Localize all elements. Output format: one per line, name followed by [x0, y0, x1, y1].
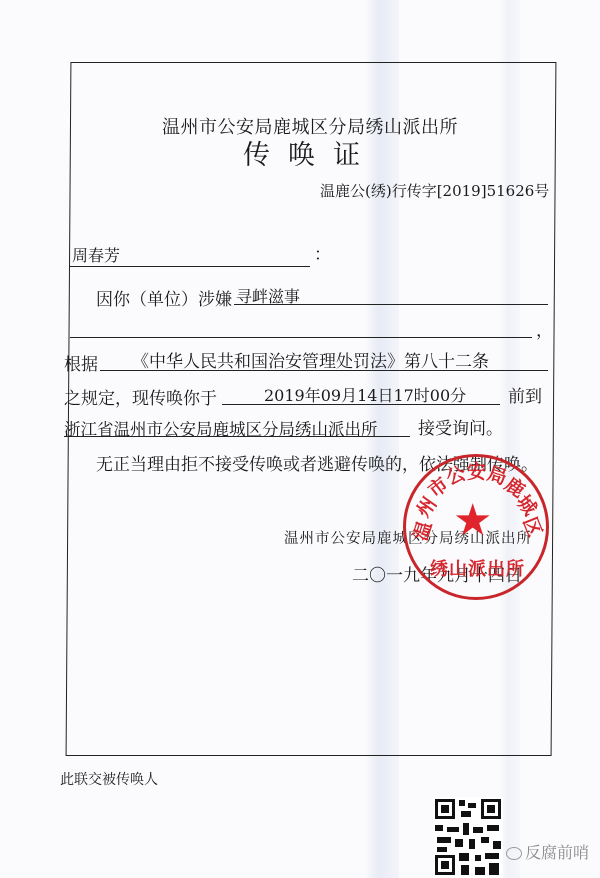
document-number: 温鹿公(绣)行传字[2019]51626号 — [320, 180, 549, 201]
basis-value: 《中华人民共和国治安管理处罚法》第八十二条 — [132, 347, 489, 372]
summon-prefix: 之规定，现传唤你于 — [64, 384, 217, 409]
location-underline — [64, 436, 410, 437]
basis-prefix: 根据 — [64, 350, 98, 375]
basis-underline — [100, 370, 548, 371]
watermark: 反腐前哨 — [506, 840, 589, 863]
location-suffix: 接受询问。 — [418, 414, 503, 439]
reason-underline — [234, 304, 548, 305]
summon-datetime: 2019年09月14日17时00分 — [264, 383, 466, 406]
qr-code — [433, 797, 503, 878]
star-icon: ★ — [453, 499, 492, 543]
reason-line-comma: ， — [536, 316, 553, 341]
recipient-underline — [70, 266, 310, 267]
footer-note: 此联交被传唤人 — [60, 769, 158, 789]
recipient-colon: ： — [314, 240, 331, 265]
recipient-name: 周春芳 — [72, 243, 120, 266]
reason-underline-2 — [70, 337, 532, 338]
reason-prefix: 因你（单位）涉嫌 — [96, 285, 232, 310]
summon-suffix: 前到 — [508, 382, 542, 407]
wechat-icon — [506, 847, 522, 860]
seal-bottom-text: 绣山派出所 — [430, 555, 525, 581]
watermark-label: 反腐前哨 — [525, 843, 589, 862]
summon-underline — [222, 404, 500, 405]
official-seal: 温 州 市 公 安 局 鹿 城 区 ★ 绣山派出所 — [403, 454, 549, 600]
document-title: 传唤证 — [243, 133, 378, 172]
